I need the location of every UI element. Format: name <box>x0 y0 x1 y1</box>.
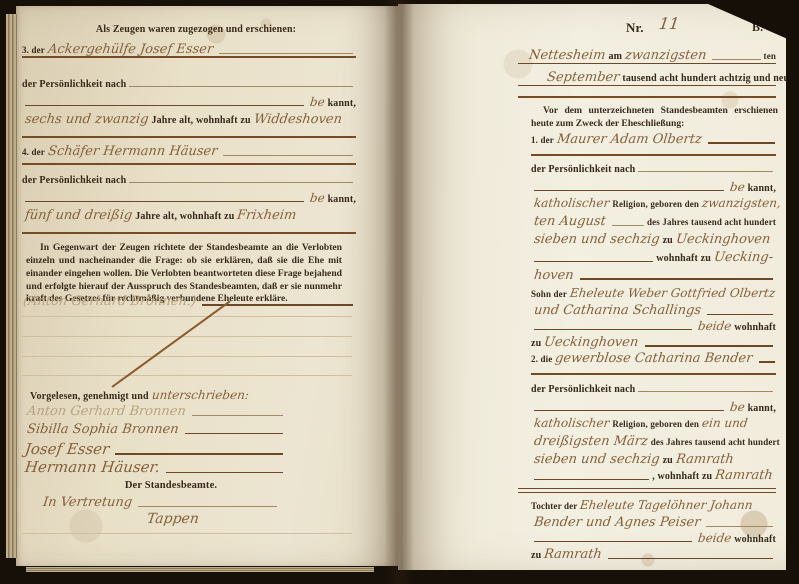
ruled-fill <box>25 201 304 202</box>
record-month-year-row: September tausend acht hundert achtzig u… <box>518 70 776 86</box>
wohnhaft-label: wohnhaft <box>734 322 776 333</box>
ruled-fill <box>115 453 283 455</box>
rule-line <box>22 163 356 165</box>
bride-name-handwriting: gewerblose Catharina Bender <box>551 351 756 366</box>
ruled-fill <box>25 105 304 106</box>
standesbeamte-label: Der Standesbeamte. <box>66 480 276 491</box>
groom-row: 1. der Maurer Adam Olbertz <box>531 132 778 147</box>
ruled-fill <box>534 329 692 330</box>
wohnhaft-zu-label: , wohnhaft zu <box>652 471 712 482</box>
witness1-age-handwriting: sechs und zwanzig <box>21 112 152 127</box>
vorgelesen-row: Vorgelesen, genehmigt und unterschrieben… <box>30 388 350 402</box>
beide-handwriting: beide <box>694 319 735 333</box>
am-label: am <box>608 51 622 62</box>
persoenlichkeit-label: der Persönlichkeit nach <box>531 384 635 395</box>
be-handwriting: be <box>306 191 329 205</box>
groom-birth-month-row: ten August des Jahres tausend acht hunde… <box>531 214 776 229</box>
ruled-fill <box>707 314 773 315</box>
ruled-fill <box>638 391 773 392</box>
witness1-bekannt-row: be kannt, <box>22 95 356 109</box>
bride-birth-day2-handwriting: dreißigsten März <box>530 434 652 449</box>
page-stack-edge-left <box>6 14 17 558</box>
double-rule-line <box>518 488 776 493</box>
bride-prefix: 2. die <box>531 354 552 364</box>
ruled-fill <box>166 472 283 473</box>
ruled-fill <box>706 526 773 527</box>
groom-residence-cont-row: hoven <box>531 268 776 283</box>
in-vertretung-handwriting: In Vertretung <box>39 495 136 510</box>
ruled-fill <box>219 53 353 54</box>
ruled-fill <box>534 190 724 191</box>
bride-birth-place-handwriting: Ramrath <box>672 452 738 467</box>
margin-note-row: (Anton Gerhard Bronnen.) <box>20 294 356 309</box>
groom-parents-place-row: zu Ueckinghoven <box>531 335 776 350</box>
bride-birth-month-row: dreißigsten März des Jahres tausend acht… <box>531 434 776 449</box>
witness2-row: 4. der Schäfer Hermann Häuser <box>22 144 356 159</box>
blank-ruled-line <box>22 316 352 317</box>
margin-note-handwriting: (Anton Gerhard Bronnen.) <box>19 294 200 309</box>
bride-residence-handwriting: Ramrath <box>711 468 777 483</box>
kannt-label: kannt, <box>748 403 776 414</box>
rule-line <box>22 232 356 234</box>
bride-mother-handwriting: Bender und Agnes Peiser <box>530 515 704 530</box>
bride-parents-place-row: zu Ramrath <box>531 547 776 562</box>
ruled-fill <box>708 142 775 144</box>
witness1-name-handwriting: Ackergehülfe Josef Esser <box>44 42 217 57</box>
bride-parents-beide-row: beide wohnhaft <box>531 531 776 545</box>
witness1-row: 3. der Ackergehülfe Josef Esser <box>22 42 356 57</box>
be-handwriting: be <box>726 400 749 414</box>
rule-line <box>518 96 776 98</box>
right-page: Nr. 11 B. Nettesheim am zwanzigsten ten … <box>398 4 786 570</box>
ruled-fill <box>192 415 283 416</box>
groom-bekannt-row: be kannt, <box>531 180 776 194</box>
religion-geboren-label: Religion, geboren den <box>612 199 699 209</box>
rule-line <box>22 136 356 138</box>
groom-parents-place-handwriting: Ueckinghoven <box>540 335 642 350</box>
official-signature-row: Tappen <box>144 511 202 527</box>
bride-birth-year-handwriting: sieben und sechzig <box>530 452 663 467</box>
ruled-fill <box>712 59 760 60</box>
ruled-fill <box>534 541 692 542</box>
groom-name-handwriting: Maurer Adam Olbertz <box>553 132 706 147</box>
rule-line <box>22 56 356 58</box>
blank-ruled-line <box>22 356 352 357</box>
ruled-fill <box>129 86 353 87</box>
ruled-fill <box>534 410 724 411</box>
sohn-der-label: Sohn der <box>531 289 567 299</box>
kannt-label: kannt, <box>328 98 356 109</box>
ruled-fill <box>534 479 649 480</box>
ruled-fill <box>638 171 773 172</box>
ruled-fill <box>534 261 653 262</box>
persoenlichkeit-label: der Persönlichkeit nach <box>22 79 126 90</box>
groom-religion-row: katholischer Religion, geboren den zwanz… <box>531 196 781 210</box>
persoenlichkeit-label: der Persönlichkeit nach <box>22 175 126 186</box>
witness1-place-handwriting: Widdeshoven <box>250 112 346 127</box>
ruled-fill <box>612 225 644 226</box>
bride-identity-row: der Persönlichkeit nach <box>531 384 776 395</box>
groom-birth-place-handwriting: Ueckinghoven <box>672 232 774 247</box>
record-place-handwriting: Nettesheim <box>525 48 609 63</box>
signature-row: Sibilla Sophia Bronnen <box>24 422 286 437</box>
bride-parents-place-handwriting: Ramrath <box>540 547 606 562</box>
bride-row: 2. die gewerblose Catharina Bender <box>531 351 778 366</box>
ruled-fill <box>138 506 277 507</box>
blank-ruled-line <box>22 375 352 376</box>
unterschrieben-handwriting: unterschrieben: <box>148 388 253 402</box>
kannt-label: kannt, <box>328 194 356 205</box>
groom-residence-row: wohnhaft zu Uecking- <box>531 250 776 265</box>
ruled-fill <box>645 345 773 347</box>
nr-label: Nr. <box>626 20 644 36</box>
jahre-alt-label: Jahre alt, wohnhaft zu <box>151 115 250 126</box>
official-signature-handwriting: Tappen <box>143 511 203 527</box>
rule-line <box>531 154 776 156</box>
year-text-label: tausend acht hundert achtzig und neun. <box>622 73 786 84</box>
groom-residence2-handwriting: hoven <box>530 268 577 283</box>
signature-handwriting: Hermann Häuser. <box>21 458 164 476</box>
appearance-intro-paragraph: Vor dem unterzeichneten Standesbeamten e… <box>531 105 778 131</box>
left-page: Als Zeugen waren zugezogen und erschiene… <box>16 6 398 566</box>
groom-residence-handwriting: Uecking- <box>710 250 777 265</box>
des-jahres-label: des Jahres tausend acht hundert <box>651 437 780 447</box>
ruled-fill <box>608 558 773 559</box>
blank-ruled-line <box>22 336 352 337</box>
signature-row: Anton Gerhard Bronnen <box>24 404 286 419</box>
groom-identity-row: der Persönlichkeit nach <box>531 164 776 175</box>
record-day-handwriting: zwanzigsten <box>621 48 710 63</box>
ruled-fill <box>185 433 283 434</box>
groom-mother-handwriting: und Catharina Schallings <box>530 303 705 318</box>
blank-ruled-line <box>22 533 352 534</box>
ruled-fill <box>223 155 353 156</box>
witness2-name-handwriting: Schäfer Hermann Häuser <box>44 144 221 159</box>
ruled-fill <box>759 361 775 363</box>
religion-handwriting: katholischer <box>530 196 613 210</box>
groom-prefix: 1. der <box>531 135 554 145</box>
witness2-identity-row: der Persönlichkeit nach <box>22 175 356 186</box>
vertretung-row: In Vertretung <box>40 495 280 510</box>
groom-birth-day-handwriting: zwanzigsten, <box>698 196 785 210</box>
page-stack-edge-bottom <box>26 567 374 572</box>
bride-parents-row: Tochter der Eheleute Tagelöhner Johann <box>531 498 781 512</box>
signature-row: Hermann Häuser. <box>22 458 286 476</box>
record-month-handwriting: September <box>543 70 623 85</box>
witness2-bekannt-row: be kannt, <box>22 191 356 205</box>
signature-row: Josef Esser <box>22 440 286 458</box>
rule-line <box>531 373 776 375</box>
signature-handwriting: Josef Esser <box>21 440 114 458</box>
signature-handwriting: Anton Gerhard Bronnen <box>23 404 190 419</box>
groom-parents-row: Sohn der Eheleute Weber Gottfried Olbert… <box>531 286 781 300</box>
bride-birth-year-row: sieben und sechzig zu Ramrath <box>531 452 776 467</box>
religion-geboren-label: Religion, geboren den <box>612 419 699 429</box>
wohnhaft-zu-label: wohnhaft zu <box>656 253 711 264</box>
witness2-place-handwriting: Frixheim <box>234 208 301 223</box>
witness2-prefix: 4. der <box>22 147 45 157</box>
bride-bekannt-row: be kannt, <box>531 400 776 414</box>
groom-birth-year-handwriting: sieben und sechzig <box>530 232 663 247</box>
wohnhaft-label: wohnhaft <box>734 534 776 545</box>
kannt-label: kannt, <box>748 183 776 194</box>
witness2-age-row: fünf und dreißig Jahre alt, wohnhaft zu … <box>22 208 356 223</box>
groom-birth-month-handwriting: ten August <box>530 214 610 229</box>
ten-suffix-label: ten <box>764 51 776 61</box>
religion-handwriting: katholischer <box>530 416 613 430</box>
bride-residence-row: , wohnhaft zu Ramrath <box>531 468 776 483</box>
groom-parents-cont-row: und Catharina Schallings <box>531 303 776 318</box>
ruled-fill <box>580 278 773 280</box>
witness2-age-handwriting: fünf und dreißig <box>21 208 136 223</box>
bride-parents-cont-row: Bender und Agnes Peiser <box>531 515 776 530</box>
witness1-identity-row: der Persönlichkeit nach <box>22 79 356 90</box>
persoenlichkeit-label: der Persönlichkeit nach <box>531 164 635 175</box>
witness1-age-row: sechs und zwanzig Jahre alt, wohnhaft zu… <box>22 112 356 127</box>
ruled-fill <box>129 182 353 183</box>
bride-birth-day-handwriting: ein und <box>698 416 751 430</box>
groom-birth-year-row: sieben und sechzig zu Ueckinghoven <box>531 232 776 247</box>
groom-parents-beide-row: beide wohnhaft <box>531 319 776 333</box>
nr-value-handwriting: 11 <box>655 14 684 33</box>
signature-handwriting: Sibilla Sophia Bronnen <box>23 422 182 437</box>
witness1-prefix: 3. der <box>22 45 45 55</box>
be-handwriting: be <box>306 95 329 109</box>
bride-parents-handwriting: Eheleute Tagelöhner Johann <box>577 498 757 512</box>
des-jahres-label: des Jahres tausend acht hundert <box>647 217 776 227</box>
witness-intro-text: Als Zeugen waren zugezogen und erschiene… <box>46 24 346 35</box>
tochter-der-label: Tochter der <box>531 501 577 511</box>
be-handwriting: be <box>726 180 749 194</box>
beide-handwriting: beide <box>694 531 735 545</box>
jahre-alt-label: Jahre alt, wohnhaft zu <box>135 211 234 222</box>
bride-religion-row: katholischer Religion, geboren den ein u… <box>531 416 781 430</box>
vorgelesen-label: Vorgelesen, genehmigt und <box>30 391 149 402</box>
groom-parents-handwriting: Eheleute Weber Gottfried Olbertz <box>566 286 779 300</box>
record-place-date-row: Nettesheim am zwanzigsten ten <box>518 48 776 64</box>
